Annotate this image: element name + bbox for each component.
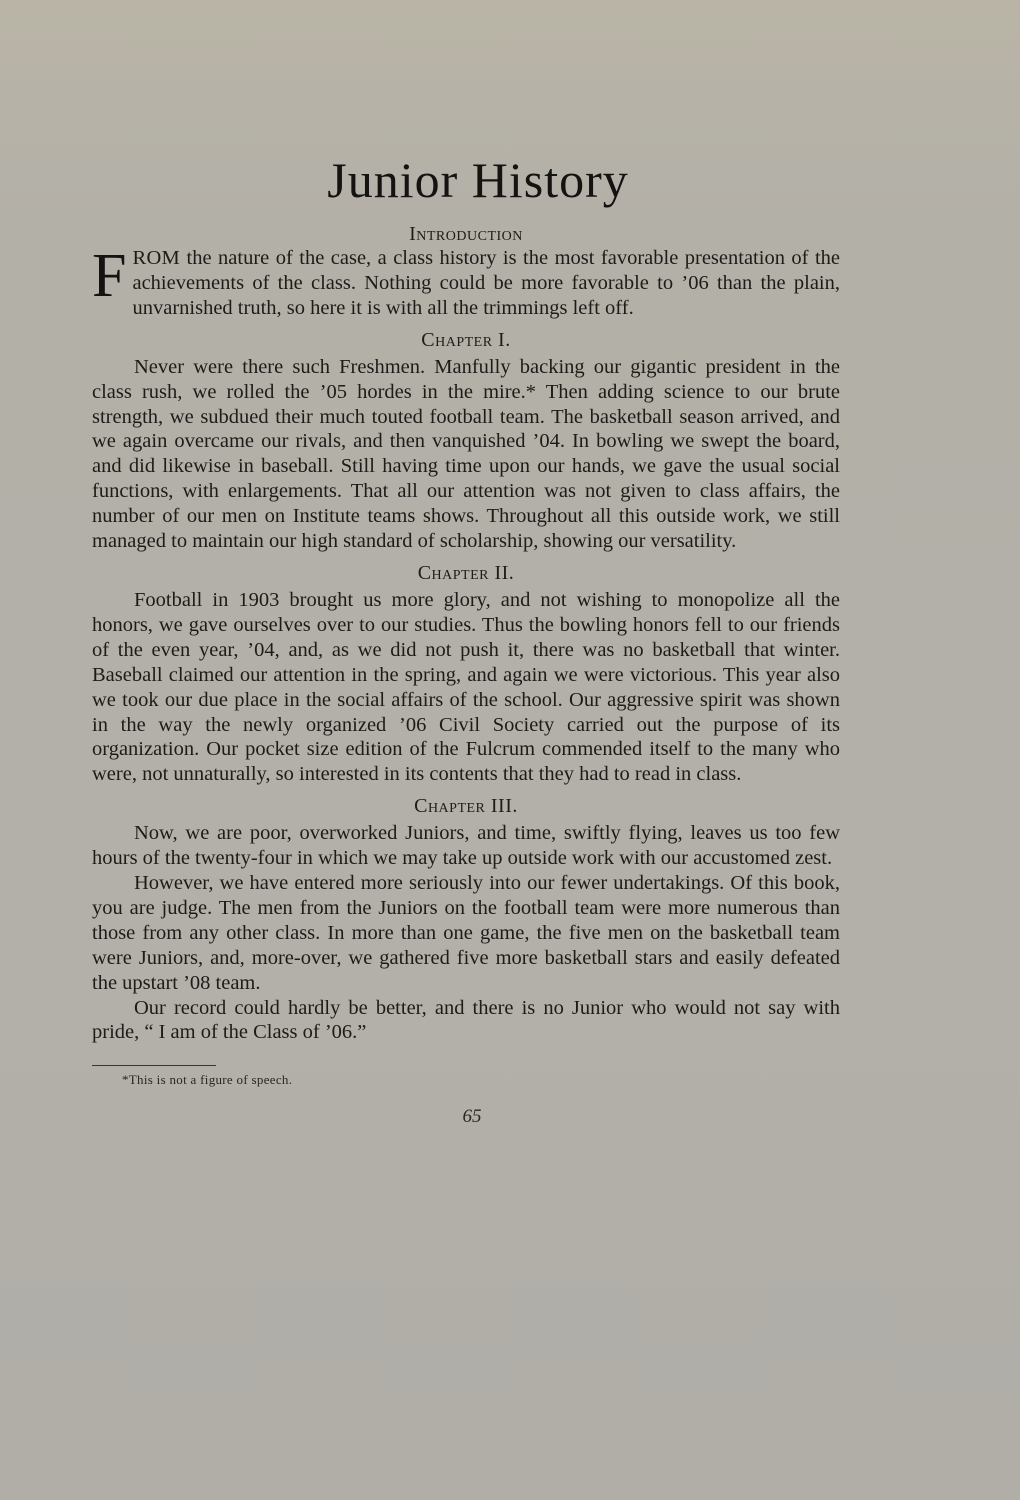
drop-cap: F (92, 250, 126, 303)
page-number: 65 (92, 1106, 840, 1128)
chapter-2-paragraph-1: Football in 1903 brought us more glory, … (92, 588, 840, 787)
chapter-1-paragraph-1: Never were there such Freshmen. Manfully… (92, 355, 840, 554)
intro-text: the nature of the case, a class history … (132, 247, 840, 319)
chapter-3-heading: Chapter III. (92, 794, 840, 818)
document-page: Junior History Introduction FROM the nat… (92, 150, 840, 1128)
footnote: *This is not a figure of speech. (122, 1072, 840, 1088)
introduction-paragraph: FROM the nature of the case, a class his… (92, 246, 840, 321)
chapter-3-paragraph-1: Now, we are poor, overworked Juniors, an… (92, 821, 840, 871)
chapter-2-heading: Chapter II. (92, 561, 840, 585)
footnote-divider (92, 1065, 216, 1066)
chapter-3-paragraph-2: However, we have entered more seriously … (92, 871, 840, 996)
page-title: Junior History (116, 150, 840, 210)
chapter-3-paragraph-3: Our record could hardly be better, and t… (92, 996, 840, 1046)
chapter-1-heading: Chapter I. (92, 328, 840, 352)
introduction-heading: Introduction (92, 222, 840, 246)
intro-caps: ROM (132, 247, 180, 269)
